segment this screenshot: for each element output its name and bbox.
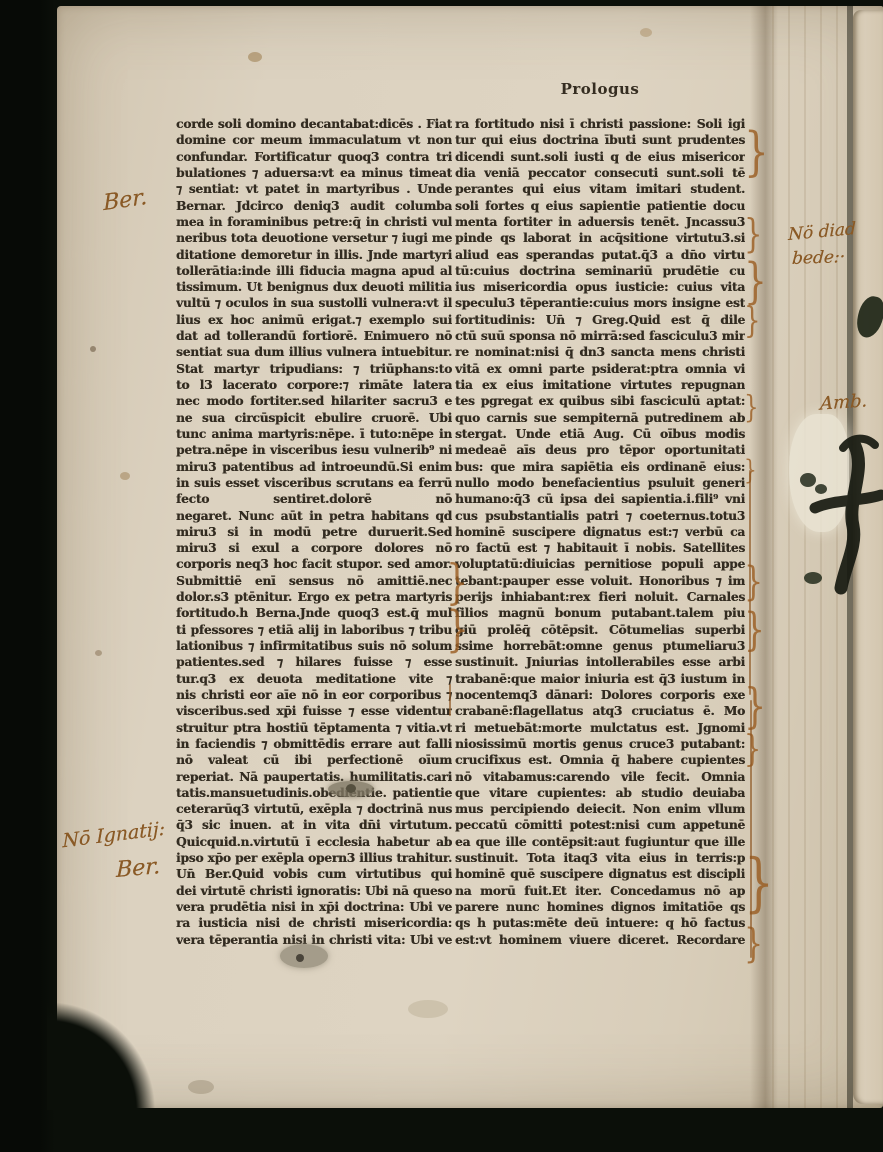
- text-line: nō vitabamus:carendo vile fecit. Omnia: [455, 769, 745, 785]
- text-line: mus percipiendo deiecit. Non enim vllum: [455, 801, 745, 817]
- text-line: giū prolēq̄ cōtēpsit. Cōtumelias superbi: [455, 622, 745, 638]
- ink-flourish: [795, 428, 883, 608]
- text-line: perantes qui eius vitam imitari student.: [455, 181, 745, 197]
- text-line: nullo modo benefacientius psuluit generi: [455, 475, 745, 491]
- text-line: tes pgregat ex quibus sibi fasciculū apt…: [455, 393, 745, 409]
- text-line: corporis neq3 hoc facit stupor. sed amor…: [176, 556, 452, 572]
- ink-brace: }: [446, 598, 469, 663]
- text-line: corde soli domino decantabat:dicēs . Fia…: [176, 116, 452, 132]
- text-line: speculu3 tēperantie:cuius mors insigne e…: [455, 295, 745, 311]
- text-line: ne sua circūspicit ebulire cruorē. Ubi e…: [176, 410, 452, 426]
- text-line: confundar. Fortificatur quoq3 contra tri: [176, 149, 452, 165]
- text-line: dei virtutē christi ignoratis: Ubi nā qu…: [176, 883, 452, 899]
- text-line: na morū fuit.Et iter. Concedamus nō ap: [455, 883, 745, 899]
- text-line: ti pfessores ⁊ etiā alij in laboribus ⁊ …: [176, 622, 452, 638]
- text-line: vera prudētia nisi in xp̄i doctrina: Ubi…: [176, 899, 452, 915]
- text-line: tia ex eius imitatione virtutes repugnan: [455, 377, 745, 393]
- text-line: medeaē aīs deus pro tēpor oportunitati: [455, 442, 745, 458]
- text-line: menta fortiter in aduersis tenēt. Jncass…: [455, 214, 745, 230]
- text-line: dia veniā peccator consecuti sunt.soli t…: [455, 165, 745, 181]
- text-line: crucifixus est. Omnia q̄ habere cupiente…: [455, 752, 745, 768]
- ink-brace: }: [744, 298, 761, 344]
- text-line: Submittiē enī sensus nō amittiē.nec dees…: [176, 573, 452, 589]
- text-line: tū:cuius doctrina seminariū prudētie cu: [455, 263, 745, 279]
- text-line: pinde qs laborat in acq̄sitione virtutu3…: [455, 230, 745, 246]
- text-line: q̄3 sic inuen. at in vita dn̄i virtutum.: [176, 817, 452, 833]
- text-line: ceterarūq3 virtutū, exēpla ⁊ doctrinā nu…: [176, 801, 452, 817]
- ink-smudge: [346, 784, 356, 793]
- text-line: miru3 si in modū petre duruerit.Sed neq3: [176, 524, 452, 540]
- ink-line: [449, 684, 451, 716]
- text-line: filios magnū bonum putabant.talem piu: [455, 605, 745, 621]
- text-line: hominē suscipere dignatus est:⁊ verbū ca: [455, 524, 745, 540]
- text-line: reperiat. Nā paupertatis. humilitatis.ca…: [176, 769, 452, 785]
- text-line: tissimum. Ut benignus dux deuoti militia: [176, 279, 452, 295]
- text-line: negaret. Nunc aūt in petra habitans qd: [176, 508, 452, 524]
- text-line: ipso xp̄o per exēpla opern3 illius trahi…: [176, 850, 452, 866]
- text-column-left: corde soli domino decantabat:dicēs . Fia…: [176, 116, 452, 952]
- ink-brace: }: [744, 918, 763, 972]
- text-line: Un̄ Ber.Quid vobis cum virtutibus qui: [176, 866, 452, 882]
- text-line: humano:q̄3 cū ipsa dei sapientia.i.fili⁹…: [455, 491, 745, 507]
- text-line: miru3 si exul a corpore dolores nō senti…: [176, 540, 452, 556]
- margin-note: Amb.: [820, 390, 868, 414]
- text-line: tatis.mansuetudinis.obedientie. patienti…: [176, 785, 452, 801]
- text-line: mea in foraminibus petre:q̄ in christi v…: [176, 214, 452, 230]
- text-line: patientes.sed ⁊ hilares fuisse ⁊ esse re…: [176, 654, 452, 670]
- text-line: ra fortitudo nisi ī christi passione: So…: [455, 116, 745, 132]
- text-line: hominē quē suscipere dignatus est discip…: [455, 866, 745, 882]
- stain: [408, 1000, 448, 1018]
- text-line: domine cor meum immaculatum vt non: [176, 132, 452, 148]
- ink-line: [749, 470, 751, 695]
- text-line: bus: que mira sapiētia eis ordinanē eius…: [455, 459, 745, 475]
- text-line: nis christi eor aīe nō in eor corporibus…: [176, 687, 452, 703]
- text-line: in faciendis ⁊ obmittēdis errare aut fal…: [176, 736, 452, 752]
- text-line: dolor.s3 ptēnitur. Ergo ex petra martyri…: [176, 589, 452, 605]
- text-line: tebant:pauper esse voluit. Honoribus ⁊ i…: [455, 573, 745, 589]
- text-line: struitur ptra hostiū tēptamenta ⁊ vitia.…: [176, 720, 452, 736]
- text-line: est:vt hominem viuere diceret. Recordare: [455, 932, 745, 948]
- text-line: dicendi sunt.soli iusti q de eius miseri…: [455, 149, 745, 165]
- text-line: fecto sentiret.dolorē nō ferret:succūber…: [176, 491, 452, 507]
- text-line: trabanē:que maior iniuria est q̄3 iustum…: [455, 671, 745, 687]
- text-line: niosissimū mortis genus cruce3 putabant:: [455, 736, 745, 752]
- text-line: sustinuit. Jniurias intollerabiles esse …: [455, 654, 745, 670]
- text-line: ea que ille contēpsit:aut fugiuntur que …: [455, 834, 745, 850]
- text-line: ius misericordia opus iusticie: cuius vi…: [455, 279, 745, 295]
- text-line: tollerātia:inde illi fiducia magna apud …: [176, 263, 452, 279]
- text-line: sentiat sua dum illius vulnera intuebitu…: [176, 344, 452, 360]
- text-line: in suis esset visceribus scrutans ea fer…: [176, 475, 452, 491]
- text-line: Quicquid.n.virtutū ī ecclesia habetur ab: [176, 834, 452, 850]
- foxing-spot: [120, 472, 130, 480]
- ink-smudge: [280, 944, 328, 968]
- text-line: lius ex hoc animū erigat.⁊ exemplo sui r…: [176, 312, 452, 328]
- text-line: nō valeat cū ibi perfectionē oīum virtut…: [176, 752, 452, 768]
- text-line: visceribus.sed xp̄i fuisse ⁊ esse vident…: [176, 703, 452, 719]
- text-line: tunc anima martyris:nēpe. ī tuto:nēpe in: [176, 426, 452, 442]
- stain: [188, 1080, 214, 1094]
- text-line: aliud eas sperandas putat.q̄3 a dn̄o vir…: [455, 247, 745, 263]
- text-line: ri metuebāt:morte mulctatus est. Jgnomi: [455, 720, 745, 736]
- text-line: ro factū est ⁊ habitauit ī nobis. Satell…: [455, 540, 745, 556]
- text-line: voluptatū:diuicias pernitiose populi app…: [455, 556, 745, 572]
- text-line: ditatione demoretur in illis. Jnde marty…: [176, 247, 452, 263]
- text-line: bulationes ⁊ aduersa:vt ea minus timeat: [176, 165, 452, 181]
- text-line: ⁊ sentiat: vt patet in martyribus . Unde: [176, 181, 452, 197]
- text-line: tur.q3 ex deuota meditatione vite ⁊ pass…: [176, 671, 452, 687]
- text-line: parere nunc homines dignos imitatiōe qs: [455, 899, 745, 915]
- text-line: sustinuit. Tota itaq3 vita eius in terri…: [455, 850, 745, 866]
- text-line: que vitare cupientes: ab studio deuiaba: [455, 785, 745, 801]
- text-line: vultū ⁊ oculos in sua sustolli vulnera:v…: [176, 295, 452, 311]
- ink-brace: }: [744, 600, 765, 659]
- text-line: to l3 lacerato corpore:⁊ rimāte latera f…: [176, 377, 452, 393]
- text-line: tur qui eius doctrina ībuti sunt prudent…: [455, 132, 745, 148]
- text-line: ctū suū sponsa nō mirrā:sed fasciculu3 m…: [455, 328, 745, 344]
- ink-line: [750, 700, 752, 958]
- foxing-spot: [90, 346, 96, 352]
- text-line: ssime horrebāt:omne genus ptumeliaru3: [455, 638, 745, 654]
- ink-smudge: [296, 954, 304, 962]
- text-line: nec modo fortiter.sed hilariter sacru3 e…: [176, 393, 452, 409]
- text-line: soli fortes q eius sapientie patientie d…: [455, 198, 745, 214]
- text-line: cus psubstantialis patri ⁊ coeternus.tot…: [455, 508, 745, 524]
- margin-note: Ber.: [116, 854, 161, 883]
- text-line: neribus tota deuotione versetur ⁊ iugi m…: [176, 230, 452, 246]
- manuscript-scan: Prologus corde soli domino decantabat:di…: [0, 0, 883, 1152]
- running-title: Prologus: [540, 80, 660, 98]
- foxing-spot: [95, 650, 102, 656]
- text-line: qs h putas:mēte deū intuere: q hō factus: [455, 915, 745, 931]
- text-line: ra iusticia nisi de christi misericordia…: [176, 915, 452, 931]
- ink-brace: }: [744, 726, 761, 775]
- text-line: nocentemq3 dānari: Dolores corporis exe: [455, 687, 745, 703]
- text-line: crabanē:flagellatus atq3 cruciatus ē. Mo: [455, 703, 745, 719]
- text-line: fortitudo.h Berna.Jnde quoq3 est.q̄ mul: [176, 605, 452, 621]
- ink-brace: }: [744, 842, 774, 926]
- foxing-spot: [248, 52, 262, 62]
- text-line: miru3 patentibus ad introeundū.Si enim: [176, 459, 452, 475]
- text-column-right: ra fortitudo nisi ī christi passione: So…: [455, 116, 745, 952]
- text-line: re nominat:nisi q̄ dn3 sancta mens chris…: [455, 344, 745, 360]
- text-line: quo carnis sue sempiternā putredinem ab: [455, 410, 745, 426]
- text-line: stergat. Unde etiā Aug. Cū oībus modis: [455, 426, 745, 442]
- text-line: Stat martyr tripudians: ⁊ triūphans:to: [176, 361, 452, 377]
- margin-note: bede:·: [791, 247, 845, 269]
- foxing-spot: [640, 28, 652, 37]
- text-line: dat ad tollerandū fortiorē. Enimuero nō: [176, 328, 452, 344]
- text-line: petra.nēpe in visceribus iesu vulnerib⁹ …: [176, 442, 452, 458]
- ink-brace: }: [744, 388, 759, 429]
- text-line: Bernar. Jdcirco deniq3 audit columba: [176, 198, 452, 214]
- text-line: vitā ex omni parte psiderat:ptra omnia v…: [455, 361, 745, 377]
- text-line: fortitudinis: Un̄ ⁊ Greg.Quid est q̄ dil…: [455, 312, 745, 328]
- page-corner-shadow: [47, 998, 177, 1110]
- text-line: perijs inhiabant:rex fieri noluit. Carna…: [455, 589, 745, 605]
- text-line: peccatū cōmitti potest:nisi cum appetunē: [455, 817, 745, 833]
- ink-brace: }: [744, 118, 769, 188]
- text-line: lationibus ⁊ infirmitatibus suis nō solu…: [176, 638, 452, 654]
